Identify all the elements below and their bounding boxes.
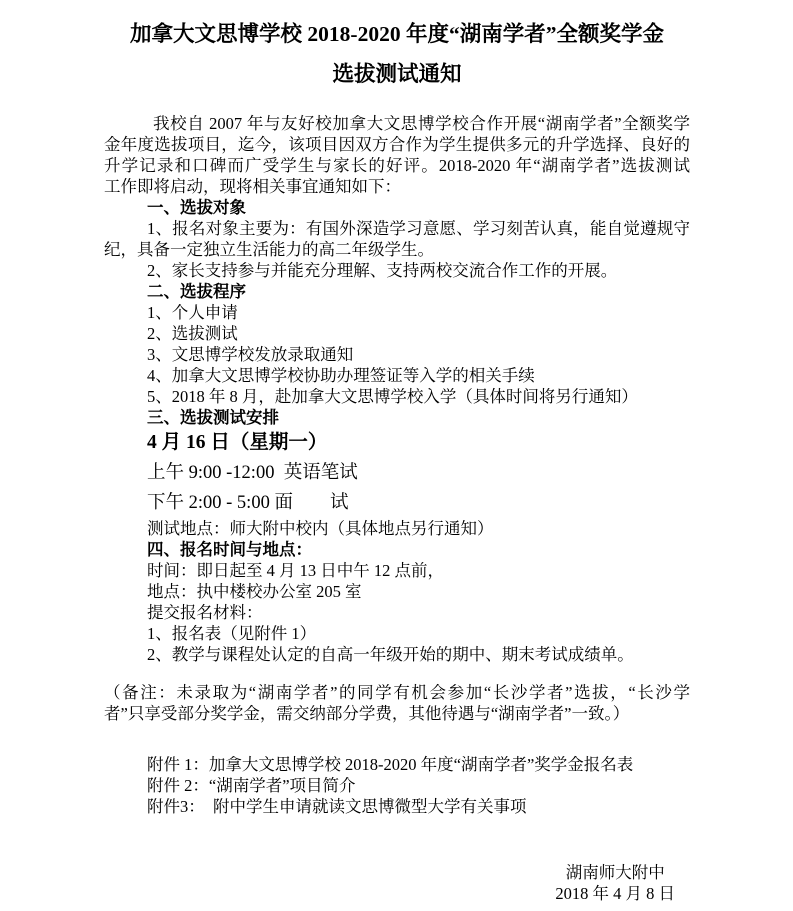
section-test-schedule: 三、选拔测试安排 4 月 16 日（星期一） 上午 9:00 -12:00 英语…: [104, 407, 690, 539]
procedure-step-1: 1、个人申请: [104, 302, 690, 323]
attachment-item-2: 附件 2：“湖南学者”项目简介: [104, 775, 690, 796]
intro-paragraph: 我校自 2007 年与友好校加拿大文思博学校合作开展“湖南学者”全额奖学 金年度…: [104, 113, 690, 197]
signup-time-line: 时间：即日起至 4 月 13 日中午 12 点前，: [104, 560, 690, 581]
doc-title-line-2: 选拔测试通知: [104, 62, 690, 86]
signup-place-line: 地点：执中楼校办公室 205 室: [104, 581, 690, 602]
test-morning-line: 上午 9:00 -12:00 英语笔试: [104, 458, 690, 488]
materials-heading: 提交报名材料：: [104, 602, 690, 623]
test-date-line: 4 月 16 日（星期一）: [104, 428, 690, 458]
procedure-step-4: 4、加拿大文思博学校协助办理签证等入学的相关手续: [104, 365, 690, 386]
test-afternoon-line: 下午 2:00 - 5:00 面 试: [104, 488, 690, 518]
section-2-heading: 二、选拔程序: [104, 281, 690, 302]
note-line-2: 者”只享受部分奖学金，需交纳部分学费，其他待遇与“湖南学者”一致。）: [104, 703, 690, 724]
intro-line-4: 工作即将启动，现将相关事宜通知如下：: [104, 176, 690, 197]
procedure-step-2: 2、选拔测试: [104, 323, 690, 344]
material-item-1: 1、报名表（见附件 1）: [104, 623, 690, 644]
document-page: 加拿大文思博学校 2018-2020 年度“湖南学者”全额奖学金 选拔测试通知 …: [0, 0, 793, 911]
section-selection-targets: 一、选拔对象 1、报名对象主要为：有国外深造学习意愿、学习刻苦认真，能自觉遵规守…: [104, 197, 690, 281]
procedure-step-3: 3、文思博学校发放录取通知: [104, 344, 690, 365]
intro-line-3: 升学记录和口碑而广受学生与家长的好评。2018-2020 年“湖南学者”选拔测试: [104, 155, 690, 176]
note-line-1: （备注：未录取为“湖南学者”的同学有机会参加“长沙学者”选拔，“长沙学: [104, 682, 690, 703]
section-4-heading: 四、报名时间与地点：: [104, 539, 690, 560]
material-item-2: 2、教学与课程处认定的自高一年级开始的期中、期末考试成绩单。: [104, 644, 690, 665]
intro-line-2: 金年度选拔项目，迄今，该项目因双方合作为学生提供多元的升学选择、良好的: [104, 134, 690, 155]
signature-date: 2018 年 4 月 8 日: [555, 883, 675, 904]
procedure-step-5: 5、2018 年 8 月，赴加拿大文思博学校入学（具体时间将另行通知）: [104, 386, 690, 407]
section-3-heading: 三、选拔测试安排: [104, 407, 690, 428]
attachment-item-1: 附件 1：加拿大文思博学校 2018-2020 年度“湖南学者”奖学金报名表: [104, 754, 690, 775]
section-1-item-2: 2、家长支持参与并能充分理解、支持两校交流合作工作的开展。: [104, 260, 690, 281]
attachment-item-3: 附件3： 附中学生申请就读文思博微型大学有关事项: [104, 796, 690, 817]
signature: 湖南师大附中 2018 年 4 月 8 日: [555, 862, 675, 904]
section-1-item-1-line-1: 1、报名对象主要为：有国外深造学习意愿、学习刻苦认真，能自觉遵规守: [104, 218, 690, 239]
attachments-list: 附件 1：加拿大文思博学校 2018-2020 年度“湖南学者”奖学金报名表 附…: [104, 754, 690, 817]
intro-line-1: 我校自 2007 年与友好校加拿大文思博学校合作开展“湖南学者”全额奖学: [104, 113, 690, 134]
section-signup: 四、报名时间与地点： 时间：即日起至 4 月 13 日中午 12 点前， 地点：…: [104, 539, 690, 665]
signature-org: 湖南师大附中: [555, 862, 675, 883]
section-1-item-1-line-2: 纪，具备一定独立生活能力的高二年级学生。: [104, 239, 690, 260]
doc-title-line-1: 加拿大文思博学校 2018-2020 年度“湖南学者”全额奖学金: [104, 22, 690, 46]
note-paragraph: （备注：未录取为“湖南学者”的同学有机会参加“长沙学者”选拔，“长沙学 者”只享…: [104, 682, 690, 724]
section-1-heading: 一、选拔对象: [104, 197, 690, 218]
section-selection-procedure: 二、选拔程序 1、个人申请 2、选拔测试 3、文思博学校发放录取通知 4、加拿大…: [104, 281, 690, 407]
test-location-line: 测试地点：师大附中校内（具体地点另行通知）: [104, 518, 690, 539]
